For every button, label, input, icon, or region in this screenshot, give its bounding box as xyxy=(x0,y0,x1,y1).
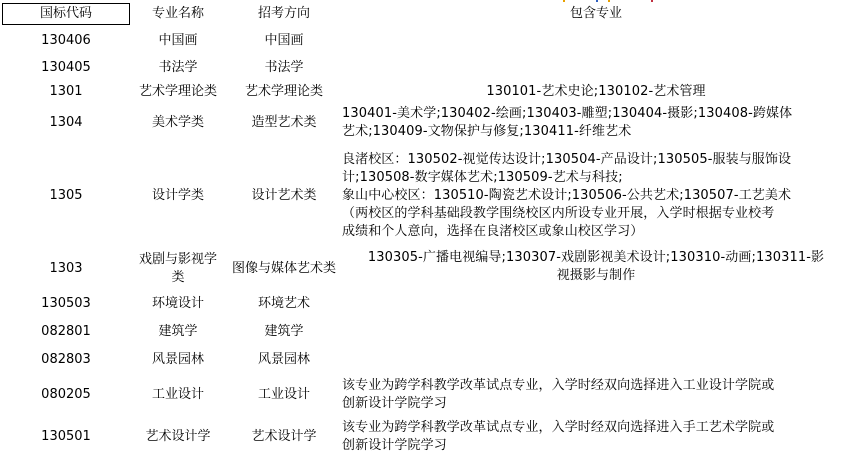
cell-major-name[interactable]: 设计学类 xyxy=(130,144,226,248)
cell-direction[interactable]: 设计艺术类 xyxy=(226,144,342,248)
includes-line: 良渚校区：130502-视觉传达设计;130504-产品设计;130505-服装… xyxy=(342,151,791,169)
cell-code[interactable]: 082801 xyxy=(2,318,130,346)
includes-line: 130401-美术学;130402-绘画;130403-雕塑;130404-摄影… xyxy=(342,105,792,123)
cell-code[interactable]: 130405 xyxy=(2,54,130,82)
cell-major-name[interactable]: 建筑学 xyxy=(130,318,226,346)
cell-includes[interactable]: 该专业为跨学科教学改革试点专业，入学时经双向选择进入工业设计学院或 创新设计学院… xyxy=(342,374,850,416)
cell-includes[interactable]: 该专业为跨学科教学改革试点专业，入学时经双向选择进入手工艺术学院或 创新设计学院… xyxy=(342,416,850,458)
cell-direction[interactable]: 书法学 xyxy=(226,54,342,82)
includes-line: 视摄影与制作 xyxy=(368,267,824,285)
cell-major-name[interactable]: 艺术学理论类 xyxy=(130,82,226,102)
header-cell-includes[interactable]: 包含专业 xyxy=(342,3,850,25)
cell-code[interactable]: 1304 xyxy=(2,102,130,144)
major-name-text: 戏剧与影视学 类 xyxy=(139,251,217,287)
cell-direction[interactable]: 艺术设计学 xyxy=(226,416,342,458)
cell-includes[interactable]: 130401-美术学;130402-绘画;130403-雕塑;130404-摄影… xyxy=(342,102,850,144)
header-row: 国标代码 专业名称 招考方向 包含专业 xyxy=(0,0,853,28)
includes-line: 成绩和个人意向，选择在良渚校区或象山校区学习） xyxy=(342,223,791,241)
includes-text: 130305-广播电视编导;130307-戏剧影视美术设计;130310-动画;… xyxy=(368,249,824,285)
major-name-line: 类 xyxy=(139,269,217,287)
major-name-line: 戏剧与影视学 xyxy=(139,251,217,269)
cell-includes[interactable] xyxy=(342,28,850,54)
includes-line: 该专业为跨学科教学改革试点专业，入学时经双向选择进入工业设计学院或 xyxy=(342,377,774,395)
cell-major-name[interactable]: 戏剧与影视学 类 xyxy=(130,248,226,290)
cell-direction[interactable]: 工业设计 xyxy=(226,374,342,416)
cell-direction[interactable]: 艺术学理论类 xyxy=(226,82,342,102)
table-row: 1305 设计学类 设计艺术类 良渚校区：130502-视觉传达设计;13050… xyxy=(0,144,853,248)
table-row: 082801 建筑学 建筑学 xyxy=(0,318,853,346)
includes-line: 创新设计学院学习 xyxy=(342,437,774,455)
cell-major-name[interactable]: 风景园林 xyxy=(130,346,226,374)
header-cell-major-name[interactable]: 专业名称 xyxy=(130,3,226,25)
table-row: 1303 戏剧与影视学 类 图像与媒体艺术类 130305-广播电视编导;130… xyxy=(0,248,853,290)
cell-code[interactable]: 130503 xyxy=(2,290,130,318)
cell-includes[interactable] xyxy=(342,54,850,82)
cell-major-name[interactable]: 美术学类 xyxy=(130,102,226,144)
cell-code[interactable]: 1301 xyxy=(2,82,130,102)
cell-includes[interactable] xyxy=(342,290,850,318)
includes-line: （两校区的学科基础段教学围绕校区内所设专业开展，入学时根据专业校考 xyxy=(342,205,791,223)
includes-line: 该专业为跨学科教学改革试点专业，入学时经双向选择进入手工艺术学院或 xyxy=(342,419,774,437)
cell-code[interactable]: 1303 xyxy=(2,248,130,290)
includes-text: 该专业为跨学科教学改革试点专业，入学时经双向选择进入手工艺术学院或 创新设计学院… xyxy=(342,419,774,455)
table-row: 130501 艺术设计学 艺术设计学 该专业为跨学科教学改革试点专业，入学时经双… xyxy=(0,416,853,458)
cell-includes[interactable] xyxy=(342,346,850,374)
cell-code[interactable]: 130406 xyxy=(2,28,130,54)
cell-direction[interactable]: 环境艺术 xyxy=(226,290,342,318)
cell-includes[interactable]: 130305-广播电视编导;130307-戏剧影视美术设计;130310-动画;… xyxy=(342,248,850,290)
table-row: 130406 中国画 中国画 xyxy=(0,28,853,54)
includes-text: 130101-艺术史论;130102-艺术管理 xyxy=(486,83,705,101)
table-row: 130405 书法学 书法学 xyxy=(0,54,853,82)
header-cell-direction[interactable]: 招考方向 xyxy=(226,3,342,25)
cell-direction[interactable]: 图像与媒体艺术类 xyxy=(226,248,342,290)
cell-major-name[interactable]: 工业设计 xyxy=(130,374,226,416)
cell-direction[interactable]: 造型艺术类 xyxy=(226,102,342,144)
spreadsheet-table: 国标代码 专业名称 招考方向 包含专业 130406 中国画 中国画 13040… xyxy=(0,0,853,475)
table-row: 1301 艺术学理论类 艺术学理论类 130101-艺术史论;130102-艺术… xyxy=(0,82,853,102)
includes-line: 计;130508-数字媒体艺术;130509-艺术与科技; xyxy=(342,169,791,187)
cell-major-name[interactable]: 环境设计 xyxy=(130,290,226,318)
table-row: 082803 风景园林 风景园林 xyxy=(0,346,853,374)
cell-major-name[interactable]: 中国画 xyxy=(130,28,226,54)
cell-code[interactable]: 080205 xyxy=(2,374,130,416)
cell-direction[interactable]: 风景园林 xyxy=(226,346,342,374)
cell-code[interactable]: 082803 xyxy=(2,346,130,374)
cell-direction[interactable]: 建筑学 xyxy=(226,318,342,346)
cell-code[interactable]: 130501 xyxy=(2,416,130,458)
includes-line: 艺术;130409-文物保护与修复;130411-纤维艺术 xyxy=(342,123,792,141)
cell-code[interactable]: 1305 xyxy=(2,144,130,248)
table-row: 130503 环境设计 环境艺术 xyxy=(0,290,853,318)
cell-major-name[interactable]: 书法学 xyxy=(130,54,226,82)
includes-text: 130401-美术学;130402-绘画;130403-雕塑;130404-摄影… xyxy=(342,105,792,141)
header-cell-code[interactable]: 国标代码 xyxy=(2,3,130,25)
cell-direction[interactable]: 中国画 xyxy=(226,28,342,54)
cell-includes[interactable] xyxy=(342,318,850,346)
includes-line: 130305-广播电视编导;130307-戏剧影视美术设计;130310-动画;… xyxy=(368,249,824,267)
includes-line: 象山中心校区：130510-陶瓷艺术设计;130506-公共艺术;130507-… xyxy=(342,187,791,205)
includes-line: 创新设计学院学习 xyxy=(342,395,774,413)
includes-text: 良渚校区：130502-视觉传达设计;130504-产品设计;130505-服装… xyxy=(342,151,791,241)
table-row: 080205 工业设计 工业设计 该专业为跨学科教学改革试点专业，入学时经双向选… xyxy=(0,374,853,416)
cell-includes[interactable]: 130101-艺术史论;130102-艺术管理 xyxy=(342,82,850,102)
includes-text: 该专业为跨学科教学改革试点专业，入学时经双向选择进入工业设计学院或 创新设计学院… xyxy=(342,377,774,413)
cell-major-name[interactable]: 艺术设计学 xyxy=(130,416,226,458)
table-row: 1304 美术学类 造型艺术类 130401-美术学;130402-绘画;130… xyxy=(0,102,853,144)
cell-includes[interactable]: 良渚校区：130502-视觉传达设计;130504-产品设计;130505-服装… xyxy=(342,144,850,248)
